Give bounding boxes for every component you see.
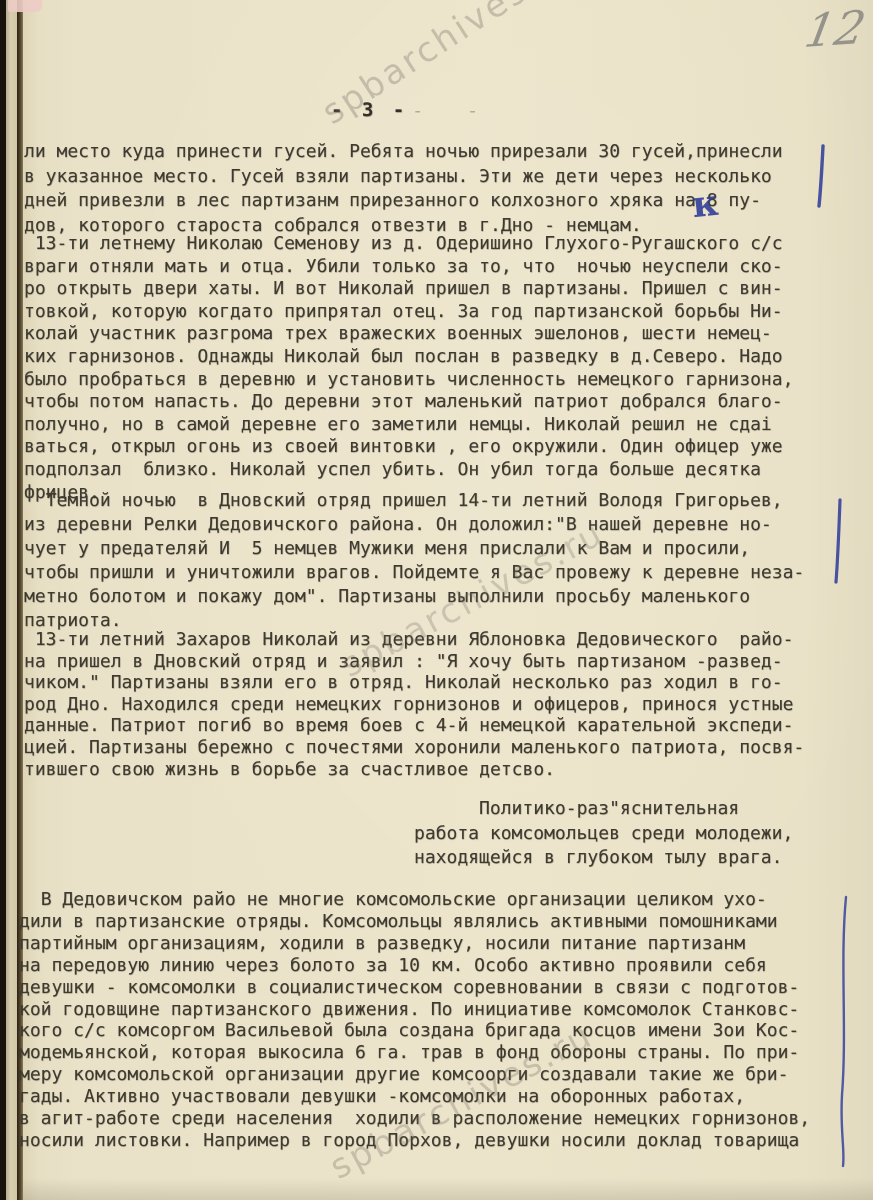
- handwritten-page-number: 12: [801, 0, 870, 58]
- blue-pen-margin-marks: [0, 0, 873, 1200]
- margin-mark-2: [836, 500, 840, 582]
- margin-mark-1: [819, 146, 823, 206]
- blue-ink-correction: к: [690, 182, 720, 226]
- margin-mark-3: [842, 897, 846, 1166]
